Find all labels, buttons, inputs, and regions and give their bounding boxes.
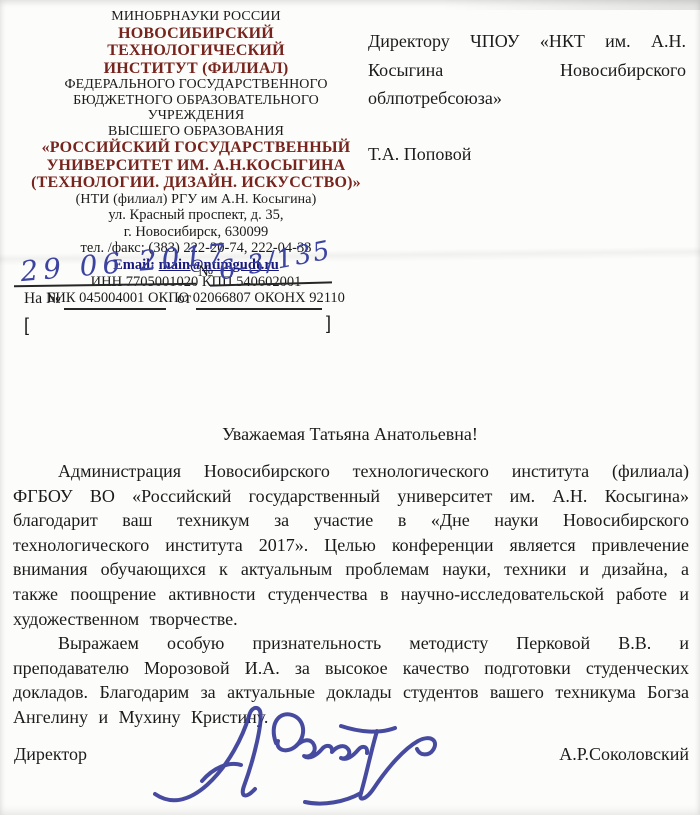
letterhead-federal-3: ВЫСШЕГО ОБРАЗОВАНИЯ xyxy=(28,124,364,140)
from-label: от xyxy=(177,290,191,308)
letterhead-federal-1: ФЕДЕРАЛЬНОГО ГОСУДАРСТВЕННОГО xyxy=(28,77,364,93)
letterhead-institute-2: ИНСТИТУТ (ФИЛИАЛ) xyxy=(28,60,364,78)
recipient-name: Т.А. Поповой xyxy=(368,140,686,169)
letter-page: МИНОБРНАУКИ РОССИИ НОВОСИБИРСКИЙ ТЕХНОЛО… xyxy=(0,0,700,815)
scan-edge-shade xyxy=(440,0,700,10)
signature-ink xyxy=(145,698,455,813)
letterhead-federal-2: БЮДЖЕТНОГО ОБРАЗОВАТЕЛЬНОГО УЧРЕЖДЕНИЯ xyxy=(28,93,364,124)
letterhead-bik: БИК 045004001 ОКПО 02066807 ОКОНХ 92110 xyxy=(28,290,364,307)
from-underline xyxy=(196,308,322,310)
recipient-text: Директору ЧПОУ «НКТ им. А.Н. Косыгина Но… xyxy=(368,27,686,113)
addressee-block: Директору ЧПОУ «НКТ им. А.Н. Косыгина Но… xyxy=(368,27,686,168)
reply-underline xyxy=(64,308,166,310)
bracket-close: ] xyxy=(326,313,331,334)
body-paragraph-1: Администрация Новосибирского технологиче… xyxy=(13,459,689,631)
number-sign: № xyxy=(198,263,213,281)
letterhead-university-1: «РОССИЙСКИЙ ГОСУДАРСТВЕННЫЙ xyxy=(28,139,364,157)
letterhead-university-3: (ТЕХНОЛОГИИ. ДИЗАЙН. ИСКУССТВО)» xyxy=(28,174,364,192)
signature-script xyxy=(145,698,455,813)
letterhead-street: ул. Красный проспект, д. 35, xyxy=(28,207,364,224)
letterhead-ministry: МИНОБРНАУКИ РОССИИ xyxy=(28,9,364,25)
letterhead-institute-1: НОВОСИБИРСКИЙ ТЕХНОЛОГИЧЕСКИЙ xyxy=(28,25,364,60)
letterhead-university-2: УНИВЕРСИТЕТ ИМ. А.Н.КОСЫГИНА xyxy=(28,157,364,175)
letter-body: Администрация Новосибирского технологиче… xyxy=(13,459,689,730)
bracket-open: [ xyxy=(24,315,29,336)
letterhead-short-name: (НТИ (филиал) РГУ им А.Н. Косыгина) xyxy=(28,192,364,208)
salutation: Уважаемая Татьяна Анатольевна! xyxy=(0,424,700,445)
signature-title: Директор xyxy=(14,744,87,765)
signature-name: А.Р.Соколовский xyxy=(559,744,689,765)
reply-to-label: На № xyxy=(24,290,61,308)
